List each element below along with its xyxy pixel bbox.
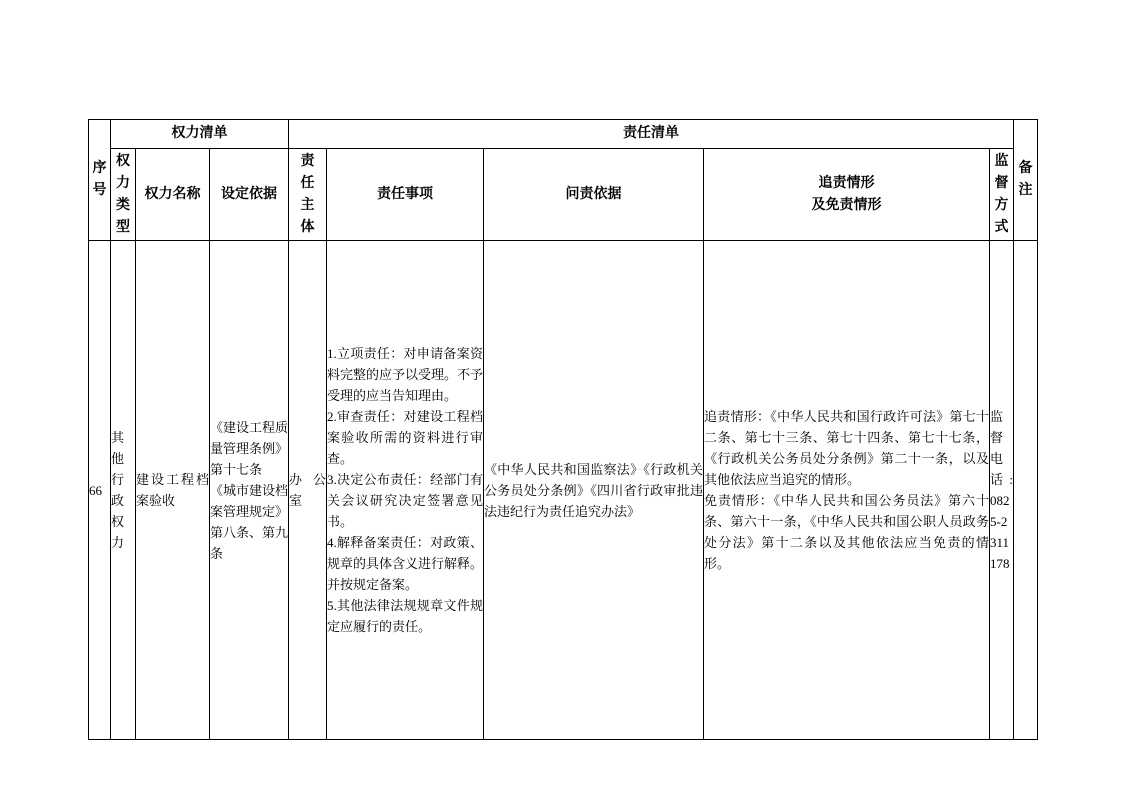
header-setting-basis: 设定依据 (210, 149, 289, 241)
header-duty-items: 责任事项 (327, 149, 484, 241)
header-accountability-basis: 问责依据 (484, 149, 704, 241)
table-row: 66 其他行政权力 建设工程档案验收 《建设工程质量管理条例》第十七条 《城市建… (89, 241, 1038, 740)
header-power-list-group: 权力清单 (111, 120, 289, 149)
cell-pursuit-exemption: 追责情形：《中华人民共和国行政许可法》第七十二条、第七十三条、第七十四条、第七十… (704, 241, 990, 740)
header-supervision-method: 监 督 方 式 (990, 149, 1014, 241)
cell-duty-subject: 办公室 (289, 241, 327, 740)
header-row-groups: 序 号 权力清单 责任清单 备 注 (89, 120, 1038, 149)
cell-remark (1014, 241, 1038, 740)
header-serial-number: 序 号 (89, 120, 111, 241)
cell-accountability-basis: 《中华人民共和国监察法》《行政机关公务员处分条例》《四川省行政审批违法违纪行为责… (484, 241, 704, 740)
header-power-name: 权力名称 (136, 149, 210, 241)
header-duty-subject: 责 任 主 体 (289, 149, 327, 241)
header-pursuit-exemption: 追责情形 及免责情形 (704, 149, 990, 241)
cell-supervision-method: 监督电话:0825-2311178 (990, 241, 1014, 740)
cell-power-name: 建设工程档案验收 (136, 241, 210, 740)
header-row-columns: 权 力 类 型 权力名称 设定依据 责 任 主 体 责任事项 问责依据 追责情形… (89, 149, 1038, 241)
document-page: 序 号 权力清单 责任清单 备 注 权 力 类 型 权力名称 设定依据 责 任 … (0, 0, 1122, 793)
header-duty-list-group: 责任清单 (289, 120, 1014, 149)
power-duty-list-table: 序 号 权力清单 责任清单 备 注 权 力 类 型 权力名称 设定依据 责 任 … (88, 119, 1038, 740)
cell-duty-items: 1.立项责任：对申请备案资料完整的应予以受理。不予受理的应当告知理由。 2.审查… (327, 241, 484, 740)
header-power-type: 权 力 类 型 (111, 149, 136, 241)
header-remark: 备 注 (1014, 120, 1038, 241)
cell-power-type: 其他行政权力 (111, 241, 136, 740)
cell-setting-basis: 《建设工程质量管理条例》第十七条 《城市建设档案管理规定》第八条、第九条 (210, 241, 289, 740)
cell-serial-number: 66 (89, 241, 111, 740)
